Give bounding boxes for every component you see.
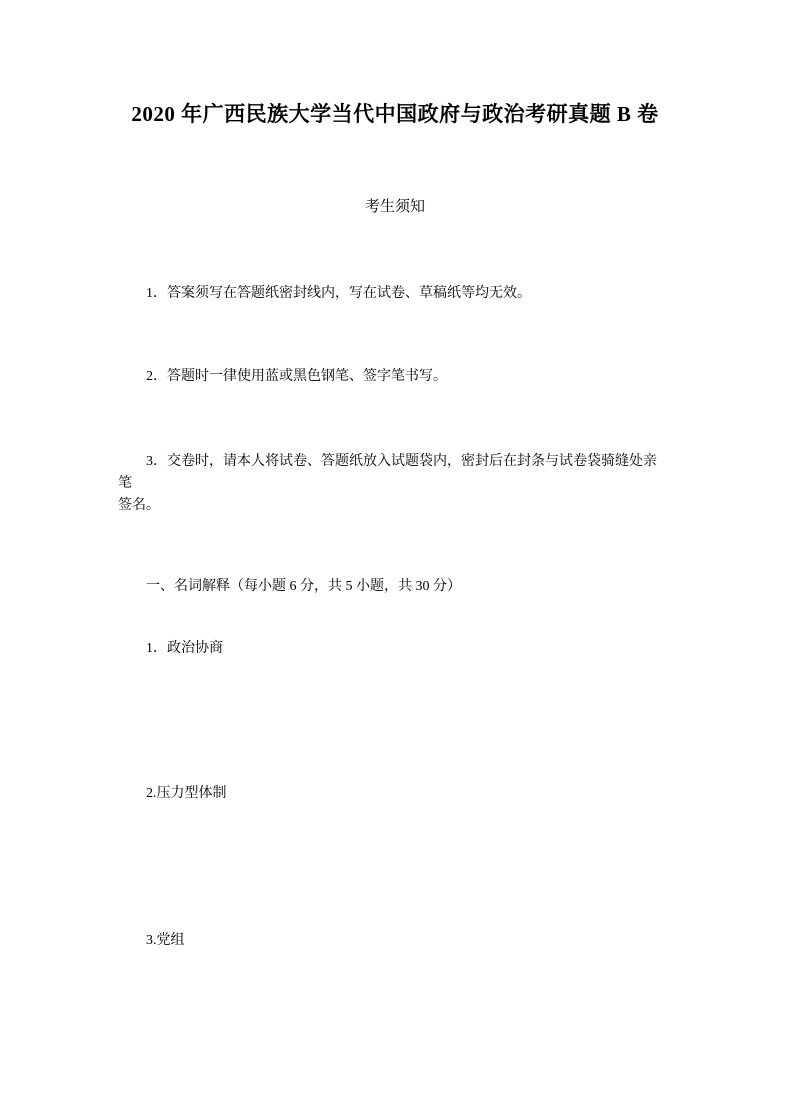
section-1-item-2: 2.压力型体制 — [118, 785, 672, 802]
section-1-heading: 一、名词解释（每小题 6 分，共 5 小题，共 30 分） — [118, 578, 672, 595]
notice-item-3-line-3: 签名。 — [118, 495, 672, 517]
page-title: 2020 年广西民族大学当代中国政府与政治考研真题 B 卷 — [0, 102, 790, 127]
exam-paper-page: 2020 年广西民族大学当代中国政府与政治考研真题 B 卷 考生须知 1．答案须… — [0, 0, 790, 1119]
section-1-item-1: 1．政治协商 — [118, 640, 672, 657]
notice-heading: 考生须知 — [0, 198, 790, 216]
notice-item-3: 3．交卷时，请本人将试卷、答题纸放入试题袋内，密封后在封条与试卷袋骑缝处亲 笔 … — [118, 451, 672, 517]
notice-item-2: 2．答题时一律使用蓝或黑色钢笔、签字笔书写。 — [118, 368, 672, 385]
notice-item-3-line-2: 笔 — [118, 473, 672, 495]
section-1-item-3: 3.党组 — [118, 932, 672, 949]
notice-item-3-line-1: 3．交卷时，请本人将试卷、答题纸放入试题袋内，密封后在封条与试卷袋骑缝处亲 — [118, 451, 672, 473]
notice-item-1: 1．答案须写在答题纸密封线内，写在试卷、草稿纸等均无效。 — [118, 285, 672, 302]
